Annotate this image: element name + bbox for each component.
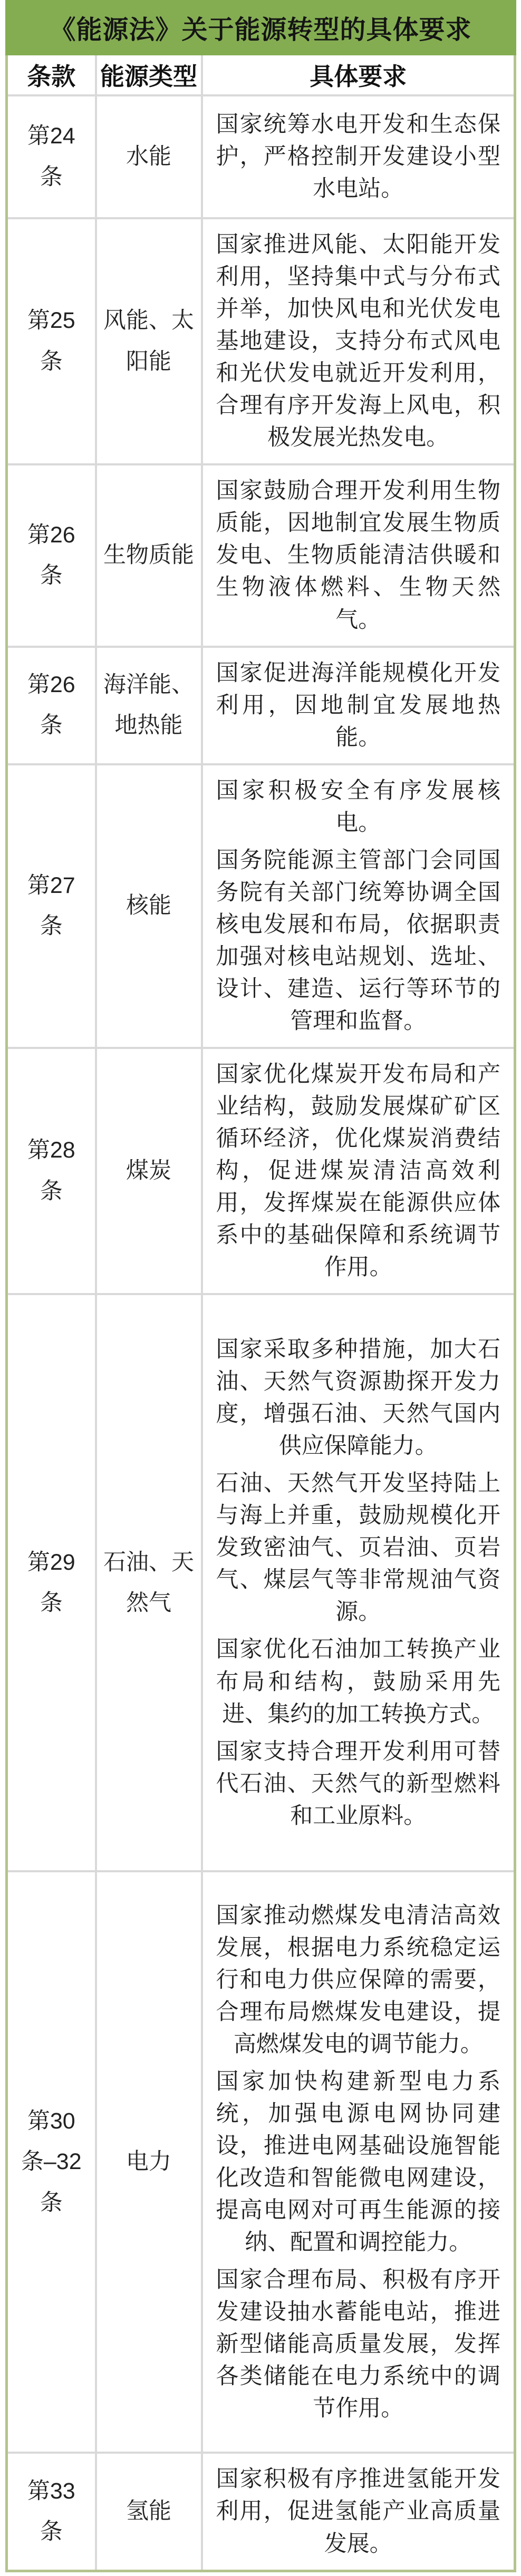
requirement-paragraph: 国家积极有序推进氢能开发利用，促进氢能产业高质量发展。 (216, 2463, 501, 2560)
requirement-paragraph: 国务院能源主管部门会同国务院有关部门统筹协调全国核电发展和布局，依据职责加强对核… (216, 844, 501, 1037)
requirement-paragraph: 国家优化石油加工转换产业布局和结构，鼓励采用先进、集约的加工转换方式。 (216, 1634, 501, 1730)
energy-type-cell: 电力 (96, 1871, 202, 2453)
article-cell: 第28条 (7, 1048, 96, 1294)
requirements-cell: 国家积极有序推进氢能开发利用，促进氢能产业高质量发展。 (202, 2453, 515, 2571)
requirement-paragraph: 国家统筹水电开发和生态保护，严格控制开发建设小型水电站。 (216, 109, 501, 205)
energy-type-cell: 煤炭 (96, 1048, 202, 1294)
article-cell: 第24条 (7, 95, 96, 218)
requirements-cell: 国家采取多种措施，加大石油、天然气资源勘探开发力度，增强石油、天然气国内供应保障… (202, 1294, 515, 1871)
requirement-paragraph: 石油、天然气开发坚持陆上与海上并重，鼓励规模化开发致密油气、页岩油、页岩气、煤层… (216, 1467, 501, 1628)
article-cell: 第27条 (7, 764, 96, 1048)
requirements-cell: 国家积极安全有序发展核电。国务院能源主管部门会同国务院有关部门统筹协调全国核电发… (202, 764, 515, 1048)
requirement-paragraph: 国家推进风能、太阳能开发利用，坚持集中式与分布式并举，加快风电和光伏发电基地建设… (216, 229, 501, 454)
table-row: 第25条风能、太阳能国家推进风能、太阳能开发利用，坚持集中式与分布式并举，加快风… (7, 218, 515, 464)
requirement-paragraph: 国家积极安全有序发展核电。 (216, 775, 501, 839)
requirement-paragraph: 国家促进海洋能规模化开发利用，因地制宜发展地热能。 (216, 657, 501, 754)
table-row: 第30条–32条电力国家推动燃煤发电清洁高效发展，根据电力系统稳定运行和电力供应… (7, 1871, 515, 2453)
article-cell: 第29条 (7, 1294, 96, 1871)
requirements-cell: 国家统筹水电开发和生态保护，严格控制开发建设小型水电站。 (202, 95, 515, 218)
table-row: 第24条水能国家统筹水电开发和生态保护，严格控制开发建设小型水电站。 (7, 95, 515, 218)
energy-type-cell: 风能、太阳能 (96, 218, 202, 464)
column-header-article: 条款 (7, 55, 96, 95)
table-header: 条款 能源类型 具体要求 (7, 55, 515, 95)
requirement-paragraph: 国家合理布局、积极有序开发建设抽水蓄能电站，推进新型储能高质量发展，发挥各类储能… (216, 2264, 501, 2425)
requirement-paragraph: 国家加快构建新型电力系统，加强电源电网协同建设，推进电网基础设施智能化改造和智能… (216, 2066, 501, 2259)
requirements-cell: 国家优化煤炭开发布局和产业结构，鼓励发展煤矿矿区循环经济，优化煤炭消费结构，促进… (202, 1048, 515, 1294)
energy-type-cell: 海洋能、地热能 (96, 647, 202, 764)
requirement-paragraph: 国家支持合理开发利用可替代石油、天然气的新型燃料和工业原料。 (216, 1736, 501, 1832)
table-row: 第26条海洋能、地热能国家促进海洋能规模化开发利用，因地制宜发展地热能。 (7, 647, 515, 764)
table-row: 第26条生物质能国家鼓励合理开发利用生物质能，因地制宜发展生物质发电、生物质能清… (7, 464, 515, 646)
article-cell: 第33条 (7, 2453, 96, 2571)
column-header-requirements: 具体要求 (202, 55, 515, 95)
article-cell: 第26条 (7, 647, 96, 764)
requirements-cell: 国家鼓励合理开发利用生物质能，因地制宜发展生物质发电、生物质能清洁供暖和生物液体… (202, 464, 515, 646)
requirement-paragraph: 国家鼓励合理开发利用生物质能，因地制宜发展生物质发电、生物质能清洁供暖和生物液体… (216, 475, 501, 636)
table-row: 第28条煤炭国家优化煤炭开发布局和产业结构，鼓励发展煤矿矿区循环经济，优化煤炭消… (7, 1048, 515, 1294)
article-cell: 第30条–32条 (7, 1871, 96, 2453)
requirements-cell: 国家促进海洋能规模化开发利用，因地制宜发展地热能。 (202, 647, 515, 764)
requirements-cell: 国家推进风能、太阳能开发利用，坚持集中式与分布式并举，加快风电和光伏发电基地建设… (202, 218, 515, 464)
table-body: 第24条水能国家统筹水电开发和生态保护，严格控制开发建设小型水电站。第25条风能… (7, 95, 515, 2571)
requirement-paragraph: 国家采取多种措施，加大石油、天然气资源勘探开发力度，增强石油、天然气国内供应保障… (216, 1334, 501, 1462)
table-row: 第33条氢能国家积极有序推进氢能开发利用，促进氢能产业高质量发展。 (7, 2453, 515, 2571)
energy-type-cell: 核能 (96, 764, 202, 1048)
column-header-energy-type: 能源类型 (96, 55, 202, 95)
article-cell: 第25条 (7, 218, 96, 464)
table-row: 第27条核能国家积极安全有序发展核电。国务院能源主管部门会同国务院有关部门统筹协… (7, 764, 515, 1048)
energy-type-cell: 生物质能 (96, 464, 202, 646)
energy-type-cell: 石油、天然气 (96, 1294, 202, 1871)
requirement-paragraph: 国家优化煤炭开发布局和产业结构，鼓励发展煤矿矿区循环经济，优化煤炭消费结构，促进… (216, 1058, 501, 1284)
energy-law-document: 《能源法》关于能源转型的具体要求 条款 能源类型 具体要求 第24条水能国家统筹… (0, 0, 521, 2576)
table-row: 第29条石油、天然气国家采取多种措施，加大石油、天然气资源勘探开发力度，增强石油… (7, 1294, 515, 1871)
article-cell: 第26条 (7, 464, 96, 646)
header-row: 条款 能源类型 具体要求 (7, 55, 515, 95)
energy-law-table: 条款 能源类型 具体要求 第24条水能国家统筹水电开发和生态保护，严格控制开发建… (5, 55, 516, 2572)
page-title: 《能源法》关于能源转型的具体要求 (5, 0, 516, 55)
requirements-cell: 国家推动燃煤发电清洁高效发展，根据电力系统稳定运行和电力供应保障的需要，合理布局… (202, 1871, 515, 2453)
requirement-paragraph: 国家推动燃煤发电清洁高效发展，根据电力系统稳定运行和电力供应保障的需要，合理布局… (216, 1900, 501, 2060)
energy-type-cell: 氢能 (96, 2453, 202, 2571)
energy-type-cell: 水能 (96, 95, 202, 218)
